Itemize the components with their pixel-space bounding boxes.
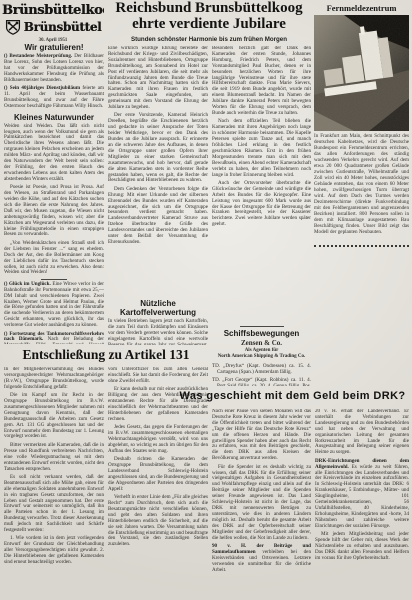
left-column: Wir gratulieren! () Bestandene Meisterpr… [4, 43, 104, 344]
kartoffel-text: In vielen Betrieben lagern jetzt noch Ka… [108, 319, 208, 345]
gratulieren-heading: Wir gratulieren! [4, 43, 104, 52]
naturwunder-paragraph: „Von Weidenkätzchen einen Strauß stell i… [4, 241, 104, 276]
schiffsbewegungen-article: Schiffsbewegungen Zensen & Co. Als Agent… [212, 324, 311, 386]
jubilare-paragraph: Nach dem offiziellen Teil blieben die Ka… [212, 119, 311, 178]
fernmelde-caption: In Frankfurt am Main, dem Schnittpunkt d… [314, 133, 409, 235]
artikel131-paragraph: Die im Kampf um ihr Recht in der Ortsgru… [4, 393, 104, 440]
naturwunder-paragraph: Poesie ist Poesie, und Prosa ist Prosa. … [4, 185, 104, 238]
schiffe-heading: Schiffsbewegungen [212, 329, 311, 338]
jubilare-headline-line2: ehrte verdiente Jubilare [106, 17, 312, 33]
naturwunder-paragraph: Weiden sind Weiden. Das läßt sich nicht … [4, 124, 104, 183]
drk-col2: 20 v. H. erhält der Landesverband. Er un… [315, 409, 409, 598]
jubilare-col2: Besonders herzlich galt der Dank den Kam… [212, 46, 311, 322]
artikel131-paragraph: vom Unteroffizier bis zum alten General … [108, 367, 208, 385]
fernmelde-heading: Fernmeldezentrum [314, 3, 409, 13]
drk-paragraph: 20 v. H. erhält der Landesverband. Er un… [315, 409, 409, 456]
artikel131-paragraph: In der Mitgliederversammlung des Bundes … [4, 367, 104, 391]
artikel131-paragraph: Verhelft in erster Linie dem „Für alle g… [108, 495, 208, 548]
jubilare-paragraph: Dem Gedenken der Verstorbenen folgte die… [108, 187, 208, 246]
masthead: Brünsbüttelkoog Brünsbüttel 30. April 19… [2, 3, 104, 43]
masthead-title-line2: Brünsbüttel [24, 20, 102, 34]
naturwunder-heading: Kleines Naturwunder [4, 113, 104, 122]
kartoffel-heading: Nützliche Kartoffelverwertung [108, 299, 208, 317]
gratulieren-item: () Bestandene Meisterprüfung. Der Bildha… [4, 54, 104, 84]
news-item: () Glück im Unglück. Eine Witwe verlor i… [4, 282, 104, 329]
schiffe-agent-line2: North American Shipping & Trading Co. [212, 354, 311, 360]
ship-entry: TD. „Fort George“ (Kapt. Robbins) ca. 11… [212, 377, 311, 387]
section-rule [41, 279, 67, 280]
artikel131-paragraph: Es soll nicht verkannt werden, daß der B… [4, 475, 104, 534]
newspaper-page: Brünsbüttelkoog Brünsbüttel 30. April 19… [0, 0, 412, 600]
artikel131-headline: Entschließung zu Artikel 131 [4, 347, 208, 364]
drk-paragraph: Mit jedem Mitgliedsbeitrag und jeder Spe… [315, 532, 409, 562]
section-rule [240, 326, 284, 327]
artikel131-paragraph: 1. Wie vordem ist in dem jetzt vorliegen… [4, 536, 104, 566]
jubilare-col1: Eine wirklich würdige Ehrung bereitete d… [108, 46, 208, 296]
news-item: () Fortsetzung des Tankmotorschiffsverke… [4, 332, 104, 344]
schiffe-firm: Zensen & Co. [212, 339, 311, 347]
ship-entry: TD. „Dreyfus“ (Kapt. Ondressen) ca. 15. … [212, 363, 311, 375]
jubilare-paragraph: Eine wirklich würdige Ehrung bereitete d… [108, 46, 208, 111]
jubilare-subhead: Stunden schönster Harmonie bis zum frühe… [106, 36, 312, 43]
jubilare-headline-line1: Reichsbund Brunsbüttelkoog [106, 1, 312, 17]
artikel131-paragraph: Deshalb richten die Kameraden der Ortsgr… [108, 457, 208, 492]
kartoffel-article: Nützliche Kartoffelverwertung In vielen … [108, 299, 208, 345]
drk-headline: Was geschieht mit dem Geld beim DRK? [175, 390, 410, 406]
artikel131-paragraph: Bitter vermerkten alle Kameraden, daß di… [4, 443, 104, 473]
item-text: Eine Witwe verlor in der Bahnhofstraße i… [4, 281, 104, 328]
drk-paragraph: 90 v. H. der Beiträge und Sammelaufkomme… [212, 544, 311, 574]
jubilare-paragraph: Der erste Vorsitzende, Kamerad Heinrich … [108, 113, 208, 184]
fernmelde-article: Fernmeldezentrum In Fran [314, 3, 409, 243]
coat-of-arms-icon [5, 19, 21, 35]
drk-col1: Nach einer Pause von sieben Monaten will… [212, 409, 311, 598]
artikel131-paragraph: Jedes Gesetz, das gegen die Forderungen … [108, 425, 208, 455]
drk-paragraph: Für die Spender ist es deshalb wichtig z… [212, 465, 311, 542]
drk-paragraph: DRK-Einrichtungen dienen dem Allgemeinwo… [315, 459, 409, 530]
asterisk-divider [314, 245, 409, 249]
jubilare-paragraph: Auch der Ortsvorsteher überbrachte die G… [212, 181, 311, 228]
fernmeldezentrum-photo [314, 15, 409, 131]
jubilare-paragraph: Besonders herzlich galt der Dank den Kam… [212, 46, 311, 117]
drk-paragraph: Nach einer Pause von sieben Monaten will… [212, 409, 311, 462]
artikel131-col1: In der Mitgliederversammlung des Bundes … [4, 367, 104, 598]
jubilare-headline-block: Reichsbund Brunsbüttelkoog ehrte verdien… [106, 1, 312, 45]
masthead-title-line1: Brünsbüttelkoog [2, 3, 104, 18]
paragraph-text: Es würde zu weit führen, alle Einrichtun… [315, 464, 409, 529]
gratulieren-item: () Sein 40jähriges Dienstjubiläum feiert… [4, 86, 104, 110]
